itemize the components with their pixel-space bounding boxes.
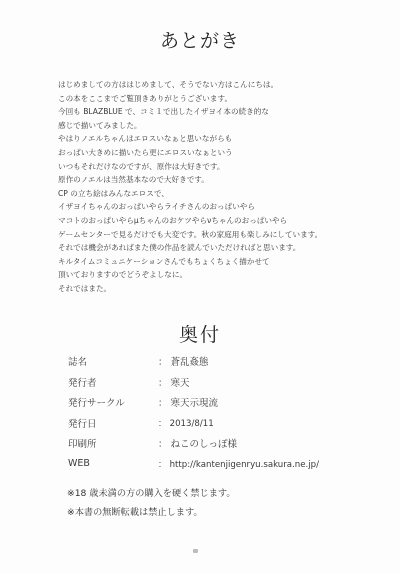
colophon-label: 発行者 [68, 375, 158, 389]
publish-date-value: 2013/8/11 [170, 419, 214, 429]
colophon-value: ：2013/8/11 [158, 417, 368, 429]
colon-separator: ： [158, 439, 168, 450]
colophon-table: 誌名 ：蒼乱姦態 発行者 ：寒天 発行サークル ：寒天示現流 発行日 ：2013… [68, 351, 368, 474]
afterword-line: 今回も BLAZBLUE で、コミ１で出したイザヨイ本の続き的な [58, 105, 358, 119]
reproduction-notice: ※本書の無断転載は禁止します。 [67, 503, 367, 522]
colophon-row-web: WEB ：http://kantenjigenryu.sakura.ne.jp/ [68, 454, 368, 475]
colophon-row-title: 誌名 ：蒼乱姦態 [68, 351, 368, 372]
afterword-line: それでは機会があればまた僕の作品を読んでいただければと思います。 [58, 241, 358, 255]
afterword-title: あとがき [0, 26, 400, 53]
afterword-body: はじめましての方ははじめまして、そうでない方はこんにちは。 この本をここまでご覧… [58, 78, 358, 296]
colophon-row-date: 発行日 ：2013/8/11 [68, 413, 368, 434]
afterword-line: イザヨイちゃんのおっぱいやらライチさんのおっぱいやら [58, 200, 358, 214]
afterword-line: 感じで描いてみました。 [58, 119, 358, 133]
colophon-label: 印刷所 [68, 436, 158, 450]
afterword-line: 頂いておりますのでどうぞよしなに。 [58, 268, 358, 282]
afterword-line: おっぱい大きめに描いたら更にエロスいなぁという [58, 146, 358, 160]
colon-separator: ： [158, 357, 168, 368]
website-url-value: http://kantenjigenryu.sakura.ne.jp/ [170, 460, 319, 470]
afterword-line: それではまた。 [58, 282, 358, 296]
colophon-row-publisher: 発行者 ：寒天 [68, 372, 368, 393]
colophon-value: ：ねこのしっぽ様 [158, 436, 368, 450]
colophon-value: ：寒天 [158, 375, 368, 389]
afterword-line: CP の立ち絵はみんなエロスで、 [58, 187, 358, 201]
colon-separator: ： [158, 378, 168, 389]
colophon-value: ：蒼乱姦態 [158, 354, 368, 368]
notices: ※18 歳未満の方の購入を硬く禁じます。 ※本書の無断転載は禁止します。 [67, 484, 367, 522]
afterword-line: マコトのおっぱいやらμちゃんのおケツやらνちゃんのおっぱいやら [58, 214, 358, 228]
afterword-line: やはりノエルちゃんはエロスいなぁと思いながらも [58, 132, 358, 146]
colophon-row-circle: 発行サークル ：寒天示現流 [68, 392, 368, 413]
colon-separator: ： [158, 460, 167, 470]
colophon-value: ：寒天示現流 [158, 395, 368, 409]
afterword-line: 原作のノエルは当然基本なので大好きです。 [58, 173, 358, 187]
afterword-line: キルタイムコミュニケーションさんでもちょくちょく描かせて [58, 255, 358, 269]
page-number-mark [193, 549, 198, 553]
colophon-label: 誌名 [68, 354, 158, 368]
afterword-line: はじめましての方ははじめまして、そうでない方はこんにちは。 [58, 78, 358, 92]
circle-value: 寒天示現流 [171, 398, 219, 409]
afterword-line: ゲームセンターで見るだけでも大変です。秋の家庭用も楽しみにしています。 [58, 228, 358, 242]
publisher-value: 寒天 [171, 378, 190, 389]
book-title-value: 蒼乱姦態 [171, 357, 209, 368]
age-restriction-notice: ※18 歳未満の方の購入を硬く禁じます。 [67, 484, 367, 503]
colophon-value: ：http://kantenjigenryu.sakura.ne.jp/ [158, 458, 368, 470]
colophon-label: 発行サークル [68, 395, 158, 409]
colophon-label: 発行日 [68, 416, 158, 430]
afterword-line: この本をここまでご覧頂きありがとうございます。 [58, 92, 358, 106]
colophon-label: WEB [68, 458, 158, 469]
afterword-line: いつもそれだけなのですが、原作は大好きです。 [58, 160, 358, 174]
colophon-row-printer: 印刷所 ：ねこのしっぽ様 [68, 433, 368, 454]
colon-separator: ： [158, 398, 168, 409]
printer-value: ねこのしっぽ様 [171, 439, 238, 450]
colophon-title: 奥付 [0, 320, 400, 347]
scanned-page: あとがき はじめましての方ははじめまして、そうでない方はこんにちは。 この本をこ… [0, 0, 400, 573]
colon-separator: ： [158, 419, 167, 429]
